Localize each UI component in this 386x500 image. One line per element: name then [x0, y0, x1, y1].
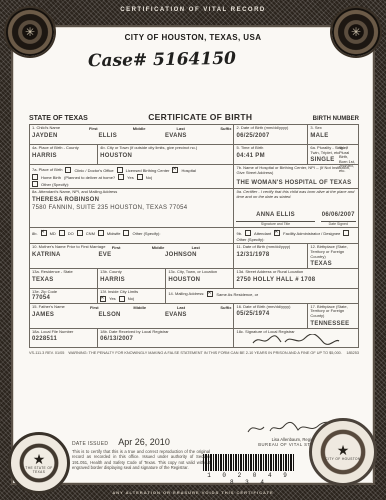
option-md: MD — [50, 231, 56, 236]
date-issued-value: Apr 26, 2010 — [118, 437, 170, 447]
value-child-middle: ELLIS — [99, 133, 166, 139]
field-sex: 3. Sex MALE — [308, 125, 359, 145]
field-local-file-number: 18a. Local File Number 0228511 — [30, 328, 98, 348]
field-birth-time: 5. Time of Birth 04:41 PM — [234, 145, 308, 165]
field-birth-county: 4a. Place of Birth - County HARRIS — [30, 145, 98, 165]
option-icl-yes: Yes — [109, 296, 116, 301]
field-label: 15. Father's Name — [32, 305, 90, 310]
sub-label-last: Last — [177, 126, 221, 131]
field-label: 5. Time of Birth — [236, 146, 305, 151]
field-label: 14. Mailing Address: — [168, 292, 204, 297]
value-father-middle: ELSON — [99, 312, 166, 318]
field-label: 13b. County — [100, 270, 163, 275]
barcode-digits: 1 0 2 0 4 9 8 3 4 — [203, 472, 295, 486]
checkbox-same-as-residence-checked — [207, 291, 213, 297]
checkbox-other-certifier — [343, 230, 349, 236]
option-cnm: CNM — [86, 231, 95, 236]
local-registrar-signature-scrawl — [251, 334, 341, 346]
birth-number-label: BIRTH NUMBER — [313, 116, 359, 122]
field-label: 4a. Place of Birth - County — [32, 146, 95, 151]
field-date-received: 18b. Date Received by Local Registrar 06… — [98, 328, 234, 348]
value-sex: MALE — [310, 133, 356, 139]
sub-label-last: Last — [177, 305, 220, 310]
option-icl-no: No) — [128, 296, 134, 301]
form-title: CERTIFICATE OF BIRTH — [148, 112, 252, 122]
field-label: 7a. Place of Birth — [32, 168, 62, 173]
value-attendant-address: 7580 FANNIN, SUITE 235 HOUSTON, TEXAS 77… — [32, 205, 231, 211]
date-issued-label: DATE ISSUED — [72, 441, 108, 447]
form-code: VS-111.3 REV. 01/05 — [29, 351, 64, 355]
field-label: 8b. — [32, 231, 38, 236]
checkbox-facility-admin-checked — [274, 230, 280, 236]
star-icon: ★ — [33, 452, 46, 466]
field-label: 4b. City or Town (if outside city limits… — [100, 146, 231, 151]
option-clinic: Clinic / Doctor's Office — [74, 168, 113, 173]
checkbox-cnm — [77, 230, 83, 236]
top-banner: CERTIFICATION OF VITAL RECORD — [0, 7, 386, 13]
sub-label-suffix: Suffix — [220, 305, 231, 310]
value-local-file-number: 0228511 — [32, 336, 95, 342]
field-father-dob: 16. Date of Birth (mm/dd/yyyy) 05/25/197… — [234, 303, 308, 328]
signature-title-label: Signature and Title — [236, 222, 314, 226]
field-mother-dob: 11. Date of Birth (mm/dd/yyyy) 12/31/197… — [234, 244, 308, 269]
sub-label-last: Last — [192, 245, 232, 250]
field-mother-birthplace: 12. Birthplace (State, Territory or Fore… — [308, 244, 359, 269]
value-zip: 77054 — [32, 295, 95, 301]
sub-label-middle: Middle — [133, 305, 176, 310]
value-father-birthplace: TENNESSEE — [310, 321, 356, 327]
warning-text: WARNING: THE PENALTY FOR KNOWINGLY MAKIN… — [68, 351, 342, 355]
field-label: 13d. Street Address or Rural Location — [236, 270, 356, 275]
checkbox-clinic — [65, 167, 71, 173]
value-residence-city: HOUSTON — [168, 277, 231, 283]
serial-number: 185253 — [346, 351, 359, 355]
value-mother-dob: 12/31/1978 — [236, 252, 305, 258]
field-label: 2. Date of Birth (mm/dd/yyyy) — [236, 126, 305, 131]
checkbox-midwife — [98, 230, 104, 236]
field-residence-county: 13b. County HARRIS — [98, 269, 166, 289]
value-father-dob: 05/25/1974 — [236, 311, 305, 317]
option-other-certifier: Other (Specify): — [236, 237, 264, 242]
checkbox-other-attendant — [123, 230, 129, 236]
barcode-bars — [203, 454, 295, 471]
option-hospital: Hospital — [181, 168, 195, 173]
star-icon: ★ — [337, 443, 350, 457]
value-date-received: 06/13/2007 — [100, 336, 231, 342]
field-label: 8a. Attendant's Name, NPI, and Mailing A… — [32, 190, 231, 195]
certification-statement: This is to certify that this is a true a… — [72, 449, 210, 470]
value-residence-state: TEXAS — [32, 277, 95, 283]
field-label: 18b. Date Received by Local Registrar — [100, 330, 231, 335]
option-birthing-center: Licensed Birthing Center — [126, 168, 170, 173]
field-child-name: 1. Child's Name First Middle Last Suffix… — [30, 125, 234, 145]
checkbox-attendant — [245, 230, 251, 236]
option-same-as-residence: Same As Residence, or — [216, 292, 258, 297]
field-label: 1. Child's Name — [32, 126, 89, 131]
field-attendant-type: 8b. MD DO CNM Midwife Other (Specify): — [30, 228, 234, 244]
sub-label-middle: Middle — [152, 245, 192, 250]
value-mother-middle: EVE — [99, 252, 166, 258]
checkbox-yes — [118, 174, 124, 180]
option-attendant: Attendant — [254, 231, 271, 236]
bottom-banner: ANY ALTERATION OR ERASURE VOIDS THIS CER… — [0, 490, 386, 495]
checkbox-md-checked — [41, 230, 47, 236]
field-label: 13c. City, Town, or Location — [168, 270, 231, 275]
field-label: 16. Date of Birth (mm/dd/yyyy) — [236, 305, 305, 310]
value-dob: 06/25/2007 — [236, 133, 305, 139]
sub-label-suffix: Suffix — [220, 126, 231, 131]
field-label: 13a. Residence - State — [32, 270, 95, 275]
value-father-last: EVANS — [165, 312, 232, 318]
state-of-texas-seal: ★ THE STATE OF TEXAS — [8, 432, 70, 494]
state-seal-text: THE STATE OF TEXAS — [19, 466, 58, 474]
value-residence-county: HARRIS — [100, 277, 163, 283]
field-label: 13f. Inside City Limits — [100, 290, 163, 295]
field-label: 7b. Name of Hospital or Birthing Center,… — [236, 166, 356, 175]
value-residence-street: 2750 HOLLY HALL # 1708 — [236, 277, 356, 283]
field-residence-state: 13a. Residence - State TEXAS — [30, 269, 98, 289]
sub-label-first: First — [112, 245, 152, 250]
city-of-houston-seal: ★ CITY OF HOUSTON — [309, 418, 377, 486]
field-label: 9a. Certifier - I certify that this chil… — [236, 190, 356, 199]
city-seal-text: CITY OF HOUSTON — [321, 457, 364, 461]
checkbox-birthing-center — [117, 167, 123, 173]
field-certifier-type: 9b. Attendant Facility Administrator / D… — [234, 228, 359, 244]
sub-label-first: First — [90, 305, 133, 310]
field-plurality: 6a. Plurality - Single, Twin, Triplet, e… — [308, 145, 359, 165]
field-zip: 13e. Zip Code 77054 — [30, 289, 98, 304]
date-signed-label: Date Signed — [321, 222, 356, 226]
checkbox-other-place — [32, 181, 38, 187]
field-label: 3. Sex — [310, 126, 356, 131]
field-certifier: 9a. Certifier - I certify that this chil… — [234, 189, 359, 228]
field-label: 12. Birthplace (State, Territory or Fore… — [310, 245, 356, 259]
form-sheet: STATE OF TEXAS CERTIFICATE OF BIRTH BIRT… — [29, 112, 359, 355]
option-home-birth: Home Birth — [41, 175, 61, 180]
field-place-type: 7a. Place of Birth Clinic / Doctor's Off… — [30, 165, 234, 189]
value-hospital-name: THE WOMAN'S HOSPITAL OF TEXAS — [236, 180, 356, 186]
barcode: 1 0 2 0 4 9 8 3 4 — [203, 454, 295, 486]
corner-rosette-top-left: ✳ — [6, 8, 54, 56]
field-birth-city: 4b. City or Town (if outside city limits… — [98, 145, 234, 165]
handwritten-case-number: Case# 5164150 — [88, 49, 236, 72]
field-label: 10. Mother's Name Prior to First Marriag… — [32, 245, 112, 250]
option-other-place: Other (Specify): — [41, 182, 69, 187]
field-label: 9b. — [236, 231, 242, 236]
field-registrar-signature: 18c. Signature of Local Registrar — [234, 328, 359, 348]
birth-form-table: 1. Child's Name First Middle Last Suffix… — [29, 124, 359, 348]
checkbox-no — [137, 174, 143, 180]
home-birth-question: (Planned to deliver at home? — [64, 175, 115, 180]
value-birth-county: HARRIS — [32, 153, 95, 159]
checkbox-icl-no — [119, 296, 125, 302]
value-child-first: JAYDEN — [32, 133, 99, 139]
certificate-page: CERTIFICATION OF VITAL RECORD ✳ ✳ CITY O… — [0, 0, 386, 500]
option-do: DO — [68, 231, 74, 236]
sub-label-middle: Middle — [133, 126, 177, 131]
option-yes: Yes — [127, 175, 134, 180]
field-father-name: 15. Father's Name First Middle Last Suff… — [30, 303, 234, 328]
field-label: 11. Date of Birth (mm/dd/yyyy) — [236, 245, 305, 250]
checkbox-icl-yes-checked — [100, 296, 106, 302]
corner-rosette-top-right: ✳ — [332, 8, 380, 56]
field-dob: 2. Date of Birth (mm/dd/yyyy) 06/25/2007 — [234, 125, 308, 145]
option-facility-admin: Facility Administrator / Designee — [283, 231, 340, 236]
option-no: No) — [146, 175, 152, 180]
option-other-attendant: Other (Specify): — [132, 231, 160, 236]
field-hospital-name: 7b. Name of Hospital or Birthing Center,… — [234, 165, 359, 189]
value-birth-city: HOUSTON — [100, 153, 231, 159]
field-inside-city-limits: 13f. Inside City Limits Yes No) — [98, 289, 166, 304]
value-date-signed: 06/06/2007 — [322, 212, 355, 218]
value-father-first: JAMES — [32, 312, 99, 318]
field-attendant: 8a. Attendant's Name, NPI, and Mailing A… — [30, 189, 234, 228]
field-label: 18a. Local File Number — [32, 330, 95, 335]
field-father-birthplace: 17. Birthplace (State, Territory or Fore… — [308, 303, 359, 328]
checkbox-do — [59, 230, 65, 236]
value-child-last: EVANS — [165, 133, 232, 139]
value-mother-first: KATRINA — [32, 252, 99, 258]
value-certifier-signature: ANNA ELLIS — [256, 212, 295, 218]
city-title: CITY OF HOUSTON, TEXAS, USA — [0, 33, 386, 42]
field-residence-city: 13c. City, Town, or Location HOUSTON — [166, 269, 234, 289]
value-birth-time: 04:41 PM — [236, 153, 305, 159]
option-midwife: Midwife — [107, 231, 121, 236]
field-mother-name: 10. Mother's Name Prior to First Marriag… — [30, 244, 234, 269]
field-label: 17. Birthplace (State, Territory or Fore… — [310, 305, 356, 319]
field-residence-street: 13d. Street Address or Rural Location 27… — [234, 269, 359, 289]
state-label: STATE OF TEXAS — [29, 115, 88, 122]
sub-label-first: First — [89, 126, 133, 131]
checkbox-hospital-checked — [172, 167, 178, 173]
value-mother-last: JOHNSON — [165, 252, 232, 258]
value-mother-birthplace: TEXAS — [310, 261, 356, 267]
value-attendant-name: THERESA ROBINSON — [32, 197, 231, 203]
checkbox-home-birth — [32, 174, 38, 180]
field-mailing-address: 14. Mailing Address: Same As Residence, … — [166, 289, 359, 304]
issuance-block: DATE ISSUED Apr 26, 2010 This is to cert… — [72, 437, 210, 470]
